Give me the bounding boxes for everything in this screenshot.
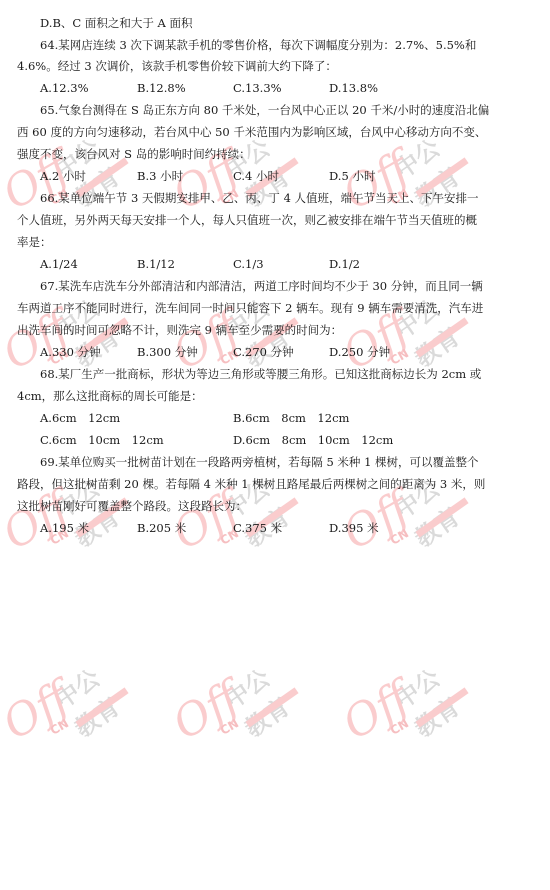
watermark: 中公教育OffCN [360, 660, 470, 750]
option: B.1/12 [137, 257, 175, 271]
option: A.195 米 [40, 521, 89, 535]
question-66: 66.某单位端午节 3 天假期安排甲、乙、丙、丁 4 人值班，端午节当天上、下午… [40, 191, 479, 205]
question-65-cont: 西 60 度的方向匀速移动，若台风中心 50 千米范围内为影响区域，台风中心移动… [17, 125, 486, 139]
question-68: 68.某厂生产一批商标，形状为等边三角形或等腰三角形。已知这批商标边长为 2cm… [40, 367, 481, 381]
document-page: 中公教育OffCN 中公教育OffCN 中公教育OffCN 中公教育OffCN … [0, 0, 550, 890]
option: B.205 米 [137, 521, 186, 535]
option: A.6cm 12cm [40, 411, 120, 425]
option: B.12.8% [137, 81, 186, 95]
option: C.4 小时 [233, 169, 279, 183]
question-67-cont: 出洗车间的时间可忽略不计，则洗完 9 辆车至少需要的时间为： [17, 323, 342, 337]
watermark: 中公教育OffCN [190, 660, 300, 750]
option: D.250 分钟 [329, 345, 390, 359]
option: C.13.3% [233, 81, 282, 95]
option: B.300 分钟 [137, 345, 198, 359]
watermark: 中公教育OffCN [20, 660, 130, 750]
option: A.1/24 [40, 257, 78, 271]
option: B.3 小时 [137, 169, 183, 183]
option: D.6cm 8cm 10cm 12cm [233, 433, 393, 447]
option: A.330 分钟 [40, 345, 101, 359]
option-63-d: D.B、C 面积之和大于 A 面积 [40, 16, 193, 30]
question-65-cont: 强度不变，该台风对 S 岛的影响时间约持续： [17, 147, 251, 161]
option: D.395 米 [329, 521, 379, 535]
option: C.1/3 [233, 257, 264, 271]
question-68-cont: 4cm，那么这批商标的周长可能是： [17, 389, 203, 403]
question-64-cont: 4.6%。经过 3 次调价，该款手机零售价较下调前大约下降了： [17, 59, 337, 73]
option: D.5 小时 [329, 169, 375, 183]
option: C.375 米 [233, 521, 282, 535]
option: D.13.8% [329, 81, 378, 95]
question-66-cont: 个人值班，另外两天每天安排一个人，每人只值班一次，则乙被安排在端午节当天值班的概 [17, 213, 477, 227]
option: B.6cm 8cm 12cm [233, 411, 349, 425]
watermark: 中公教育OffCN [360, 130, 470, 220]
question-66-cont: 率是： [17, 235, 52, 249]
question-65: 65.气象台测得在 S 岛正东方向 80 千米处，一台风中心正以 20 千米/小… [40, 103, 489, 117]
question-67-cont: 车两道工序不能同时进行，洗车间同一时间只能容下 2 辆车。现有 9 辆车需要清洗… [17, 301, 483, 315]
option: A.12.3% [40, 81, 89, 95]
option: C.6cm 10cm 12cm [40, 433, 164, 447]
option: D.1/2 [329, 257, 360, 271]
question-69-cont: 这批树苗刚好可覆盖整个路段。这段路长为： [17, 499, 247, 513]
option: C.270 分钟 [233, 345, 294, 359]
question-64: 64.某网店连续 3 次下调某款手机的零售价格，每次下调幅度分别为：2.7%、5… [40, 38, 476, 52]
option: A.2 小时 [40, 169, 86, 183]
question-69-cont: 路段，但这批树苗剩 20 棵。若每隔 4 米种 1 棵树且路尾最后两棵树之间的距… [17, 477, 485, 491]
question-67: 67.某洗车店洗车分外部清洁和内部清洁，两道工序时间均不少于 30 分钟，而且同… [40, 279, 483, 293]
question-69: 69.某单位购买一批树苗计划在一段路两旁植树，若每隔 5 米种 1 棵树，可以覆… [40, 455, 479, 469]
